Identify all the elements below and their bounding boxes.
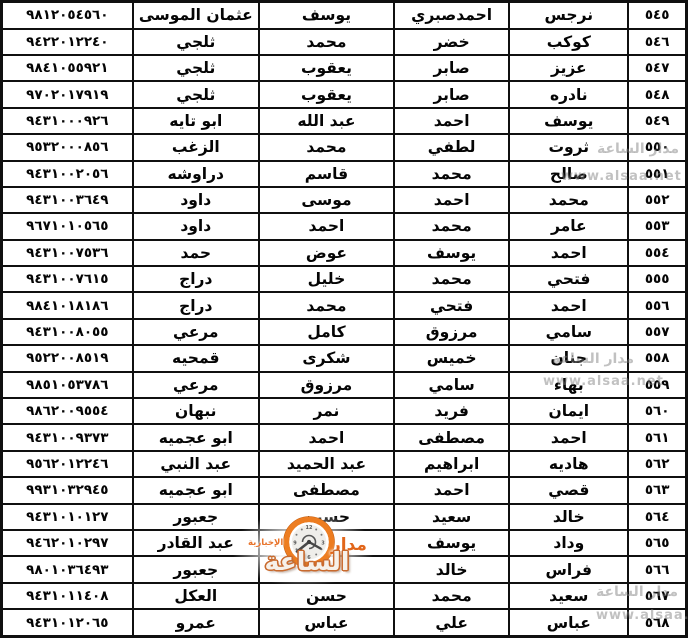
cell-third-name: مرزوق [259,372,394,398]
cell-id-number: ٩٤٣١٠٠٢٠٥٦ [2,161,133,187]
table-row: ٩٥٢٢٠٠٨٥١٩ قمحيه شكرى خميس جنان ٥٥٨ [2,345,687,371]
cell-second-name: يوسف [394,240,509,266]
table-row: ٩٨٤١٠٥٥٩٢١ ثلجي يعقوب صابر عزيز ٥٤٧ [2,55,687,81]
cell-second-name: خالد [394,556,509,582]
table-row: ٩٤٣١٠١٠١٢٧ جعبور حسين سعيد خالد ٥٦٤ [2,504,687,530]
table-row: ٩٤٣١٠٠٨٠٥٥ مرعي كامل مرزوق سامي ٥٥٧ [2,319,687,345]
cell-first-name: بهاء [509,372,628,398]
cell-family-name: ابو عجميه [133,424,259,450]
cell-id-number: ٩٤٣١٠٠٧٥٣٦ [2,240,133,266]
cell-first-name: صالح [509,161,628,187]
cell-id-number: ٩٧٠٢٠١٧٩١٩ [2,81,133,107]
table-row: ٩٩٣١٠٣٢٩٤٥ ابو عجميه مصطفى احمد قصي ٥٦٣ [2,477,687,503]
records-table: ٩٨١٢٠٥٤٥٦٠ عثمان الموسى يوسف احمدصبري نر… [0,0,688,638]
cell-family-name: العكل [133,583,259,609]
cell-serial-number: ٥٤٦ [628,29,686,55]
cell-second-name: خضر [394,29,509,55]
table-row: ٩٤٣١٠٠٧٥٣٦ حمد عوض يوسف احمد ٥٥٤ [2,240,687,266]
table-row: ٩٨٦٢٠٠٩٥٥٤ نبهان نمر فريد ايمان ٥٦٠ [2,398,687,424]
cell-serial-number: ٥٥٨ [628,345,686,371]
cell-second-name: احمد [394,108,509,134]
cell-first-name: خالد [509,504,628,530]
cell-second-name: مرزوق [394,319,509,345]
cell-family-name: قمحيه [133,345,259,371]
cell-serial-number: ٥٦٨ [628,609,686,636]
cell-first-name: عباس [509,609,628,636]
cell-id-number: ٩٨٠١٠٣٦٤٩٣ [2,556,133,582]
cell-second-name: محمد [394,213,509,239]
cell-first-name: عامر [509,213,628,239]
cell-third-name: عبد الله [259,108,394,134]
table-row: ٩٤٣١٠٠٣٦٤٩ داود موسى احمد محمد ٥٥٢ [2,187,687,213]
cell-serial-number: ٥٥٩ [628,372,686,398]
cell-second-name: محمد [394,266,509,292]
cell-third-name: محمد [259,134,394,160]
cell-first-name: ايمان [509,398,628,424]
cell-family-name: دراوشه [133,161,259,187]
cell-id-number: ٩٤٣١٠١٠١٢٧ [2,504,133,530]
cell-third-name: يعقوب [259,55,394,81]
table-row: ٩٨٤١٠١٨١٨٦ دراج محمد فتحي احمد ٥٥٦ [2,292,687,318]
cell-family-name: ثلجي [133,55,259,81]
table-row: ٩٨٠١٠٣٦٤٩٣ جعبور خالد فراس ٥٦٦ [2,556,687,582]
cell-serial-number: ٥٥٥ [628,266,686,292]
cell-first-name: فراس [509,556,628,582]
cell-first-name: قصي [509,477,628,503]
cell-serial-number: ٥٦٤ [628,504,686,530]
cell-first-name: يوسف [509,108,628,134]
cell-second-name: سامي [394,372,509,398]
cell-serial-number: ٥٦٧ [628,583,686,609]
cell-third-name: محمد [259,29,394,55]
cell-first-name: احمد [509,240,628,266]
cell-id-number: ٩٤٣١٠٠٠٩٢٦ [2,108,133,134]
table-row: ٩٥٣٢٠٠٠٨٥٦ الزغب محمد لطفي ثروت ٥٥٠ [2,134,687,160]
cell-family-name: عبد النبي [133,451,259,477]
cell-third-name: مصطفى [259,477,394,503]
cell-id-number: ٩٤٣١٠٠٧٦١٥ [2,266,133,292]
cell-first-name: نرجس [509,2,628,29]
cell-serial-number: ٥٤٩ [628,108,686,134]
cell-id-number: ٩٨١٢٠٥٤٥٦٠ [2,2,133,29]
cell-second-name: علي [394,609,509,636]
cell-third-name: يوسف [259,2,394,29]
cell-second-name: محمد [394,161,509,187]
cell-second-name: صابر [394,81,509,107]
cell-id-number: ٩٤٦٢٠١٠٢٩٧ [2,530,133,556]
cell-id-number: ٩٩٣١٠٣٢٩٤٥ [2,477,133,503]
cell-third-name [259,556,394,582]
cell-first-name: عزيز [509,55,628,81]
cell-id-number: ٩٤٣١٠٠٨٠٥٥ [2,319,133,345]
cell-second-name: ابراهيم [394,451,509,477]
cell-third-name: موسى [259,187,394,213]
cell-third-name: احمد [259,424,394,450]
cell-id-number: ٩٤٣١٠١١٤٠٨ [2,583,133,609]
table-row: ٩٤٢٢٠١٢٢٤٠ ثلجي محمد خضر كوكب ٥٤٦ [2,29,687,55]
cell-family-name: حمد [133,240,259,266]
cell-id-number: ٩٨٤١٠٥٥٩٢١ [2,55,133,81]
cell-first-name: فتحي [509,266,628,292]
cell-family-name: عثمان الموسى [133,2,259,29]
cell-third-name: كامل [259,319,394,345]
table-row: ٩٥٦٢٠١٢٢٤٦ عبد النبي عبد الحميد ابراهيم … [2,451,687,477]
cell-third-name: عوض [259,240,394,266]
cell-id-number: ٩٥٣٢٠٠٠٨٥٦ [2,134,133,160]
cell-third-name: نمر [259,398,394,424]
cell-serial-number: ٥٦٢ [628,451,686,477]
cell-serial-number: ٥٦٦ [628,556,686,582]
cell-second-name: فتحي [394,292,509,318]
cell-second-name: لطفي [394,134,509,160]
table-row: ٩٤٣١٠١١٤٠٨ العكل حسن محمد سعيد ٥٦٧ [2,583,687,609]
cell-id-number: ٩٤٣١٠٠٩٣٧٣ [2,424,133,450]
cell-serial-number: ٥٦٠ [628,398,686,424]
cell-family-name: جعبور [133,556,259,582]
cell-id-number: ٩٨٥١٠٥٣٧٨٦ [2,372,133,398]
table-row: ٩٤٣١٠٠٠٩٢٦ ابو تايه عبد الله احمد يوسف ٥… [2,108,687,134]
cell-first-name: هاديه [509,451,628,477]
cell-family-name: دراج [133,292,259,318]
cell-family-name: عبد القادر [133,530,259,556]
cell-third-name: خليل [259,266,394,292]
cell-id-number: ٩٤٣١٠٠٣٦٤٩ [2,187,133,213]
cell-serial-number: ٥٥٤ [628,240,686,266]
cell-third-name: قاسم [259,161,394,187]
cell-id-number: ٩٥٦٢٠١٢٢٤٦ [2,451,133,477]
records-table-body: ٩٨١٢٠٥٤٥٦٠ عثمان الموسى يوسف احمدصبري نر… [2,2,687,637]
cell-family-name: ابو عجميه [133,477,259,503]
cell-serial-number: ٥٥٧ [628,319,686,345]
table-row: ٩٨٥١٠٥٣٧٨٦ مرعي مرزوق سامي بهاء ٥٥٩ [2,372,687,398]
cell-serial-number: ٥٦١ [628,424,686,450]
table-row: ٩٤٣١٠٠٢٠٥٦ دراوشه قاسم محمد صالح ٥٥١ [2,161,687,187]
cell-first-name: محمد [509,187,628,213]
cell-third-name: احمد [259,213,394,239]
cell-family-name: داود [133,213,259,239]
table-row: ٩٤٣١٠٠٧٦١٥ دراج خليل محمد فتحي ٥٥٥ [2,266,687,292]
cell-serial-number: ٥٥٠ [628,134,686,160]
cell-serial-number: ٥٥١ [628,161,686,187]
cell-second-name: احمد [394,187,509,213]
cell-family-name: مرعي [133,372,259,398]
cell-second-name: احمد [394,477,509,503]
cell-family-name: الزغب [133,134,259,160]
cell-first-name: احمد [509,292,628,318]
cell-third-name: يعقوب [259,81,394,107]
cell-third-name: عبد الحميد [259,451,394,477]
cell-id-number: ٩٤٢٢٠١٢٢٤٠ [2,29,133,55]
cell-first-name: جنان [509,345,628,371]
table-row: ٩٤٣١٠١٢٠٦٥ عمرو عباس علي عباس ٥٦٨ [2,609,687,636]
cell-second-name: صابر [394,55,509,81]
cell-first-name: احمد [509,424,628,450]
cell-serial-number: ٥٥٢ [628,187,686,213]
cell-second-name: محمد [394,583,509,609]
cell-family-name: ثلجي [133,29,259,55]
document-page: ٩٨١٢٠٥٤٥٦٠ عثمان الموسى يوسف احمدصبري نر… [0,0,688,638]
cell-second-name: مصطفى [394,424,509,450]
cell-third-name [259,530,394,556]
cell-id-number: ٩٦٧١٠١٠٥٦٥ [2,213,133,239]
cell-id-number: ٩٤٣١٠١٢٠٦٥ [2,609,133,636]
cell-second-name: احمدصبري [394,2,509,29]
cell-family-name: جعبور [133,504,259,530]
cell-first-name: كوكب [509,29,628,55]
cell-serial-number: ٥٥٦ [628,292,686,318]
cell-second-name: فريد [394,398,509,424]
cell-family-name: مرعي [133,319,259,345]
cell-first-name: سامي [509,319,628,345]
cell-third-name: محمد [259,292,394,318]
cell-serial-number: ٥٥٣ [628,213,686,239]
cell-second-name: خميس [394,345,509,371]
cell-third-name: عباس [259,609,394,636]
table-row: ٩٧٠٢٠١٧٩١٩ ثلجي يعقوب صابر نادره ٥٤٨ [2,81,687,107]
cell-second-name: سعيد [394,504,509,530]
cell-second-name: يوسف [394,530,509,556]
cell-serial-number: ٥٦٣ [628,477,686,503]
table-row: ٩٦٧١٠١٠٥٦٥ داود احمد محمد عامر ٥٥٣ [2,213,687,239]
cell-id-number: ٩٨٤١٠١٨١٨٦ [2,292,133,318]
cell-family-name: عمرو [133,609,259,636]
cell-family-name: داود [133,187,259,213]
cell-first-name: نادره [509,81,628,107]
cell-family-name: ابو تايه [133,108,259,134]
cell-family-name: ثلجي [133,81,259,107]
table-row: ٩٤٦٢٠١٠٢٩٧ عبد القادر يوسف وداد ٥٦٥ [2,530,687,556]
cell-serial-number: ٥٤٥ [628,2,686,29]
cell-first-name: وداد [509,530,628,556]
cell-family-name: دراج [133,266,259,292]
cell-first-name: ثروت [509,134,628,160]
cell-id-number: ٩٨٦٢٠٠٩٥٥٤ [2,398,133,424]
cell-third-name: حسين [259,504,394,530]
table-row: ٩٤٣١٠٠٩٣٧٣ ابو عجميه احمد مصطفى احمد ٥٦١ [2,424,687,450]
cell-third-name: شكرى [259,345,394,371]
cell-third-name: حسن [259,583,394,609]
table-row: ٩٨١٢٠٥٤٥٦٠ عثمان الموسى يوسف احمدصبري نر… [2,2,687,29]
cell-id-number: ٩٥٢٢٠٠٨٥١٩ [2,345,133,371]
cell-serial-number: ٥٦٥ [628,530,686,556]
cell-serial-number: ٥٤٨ [628,81,686,107]
cell-first-name: سعيد [509,583,628,609]
cell-serial-number: ٥٤٧ [628,55,686,81]
cell-family-name: نبهان [133,398,259,424]
